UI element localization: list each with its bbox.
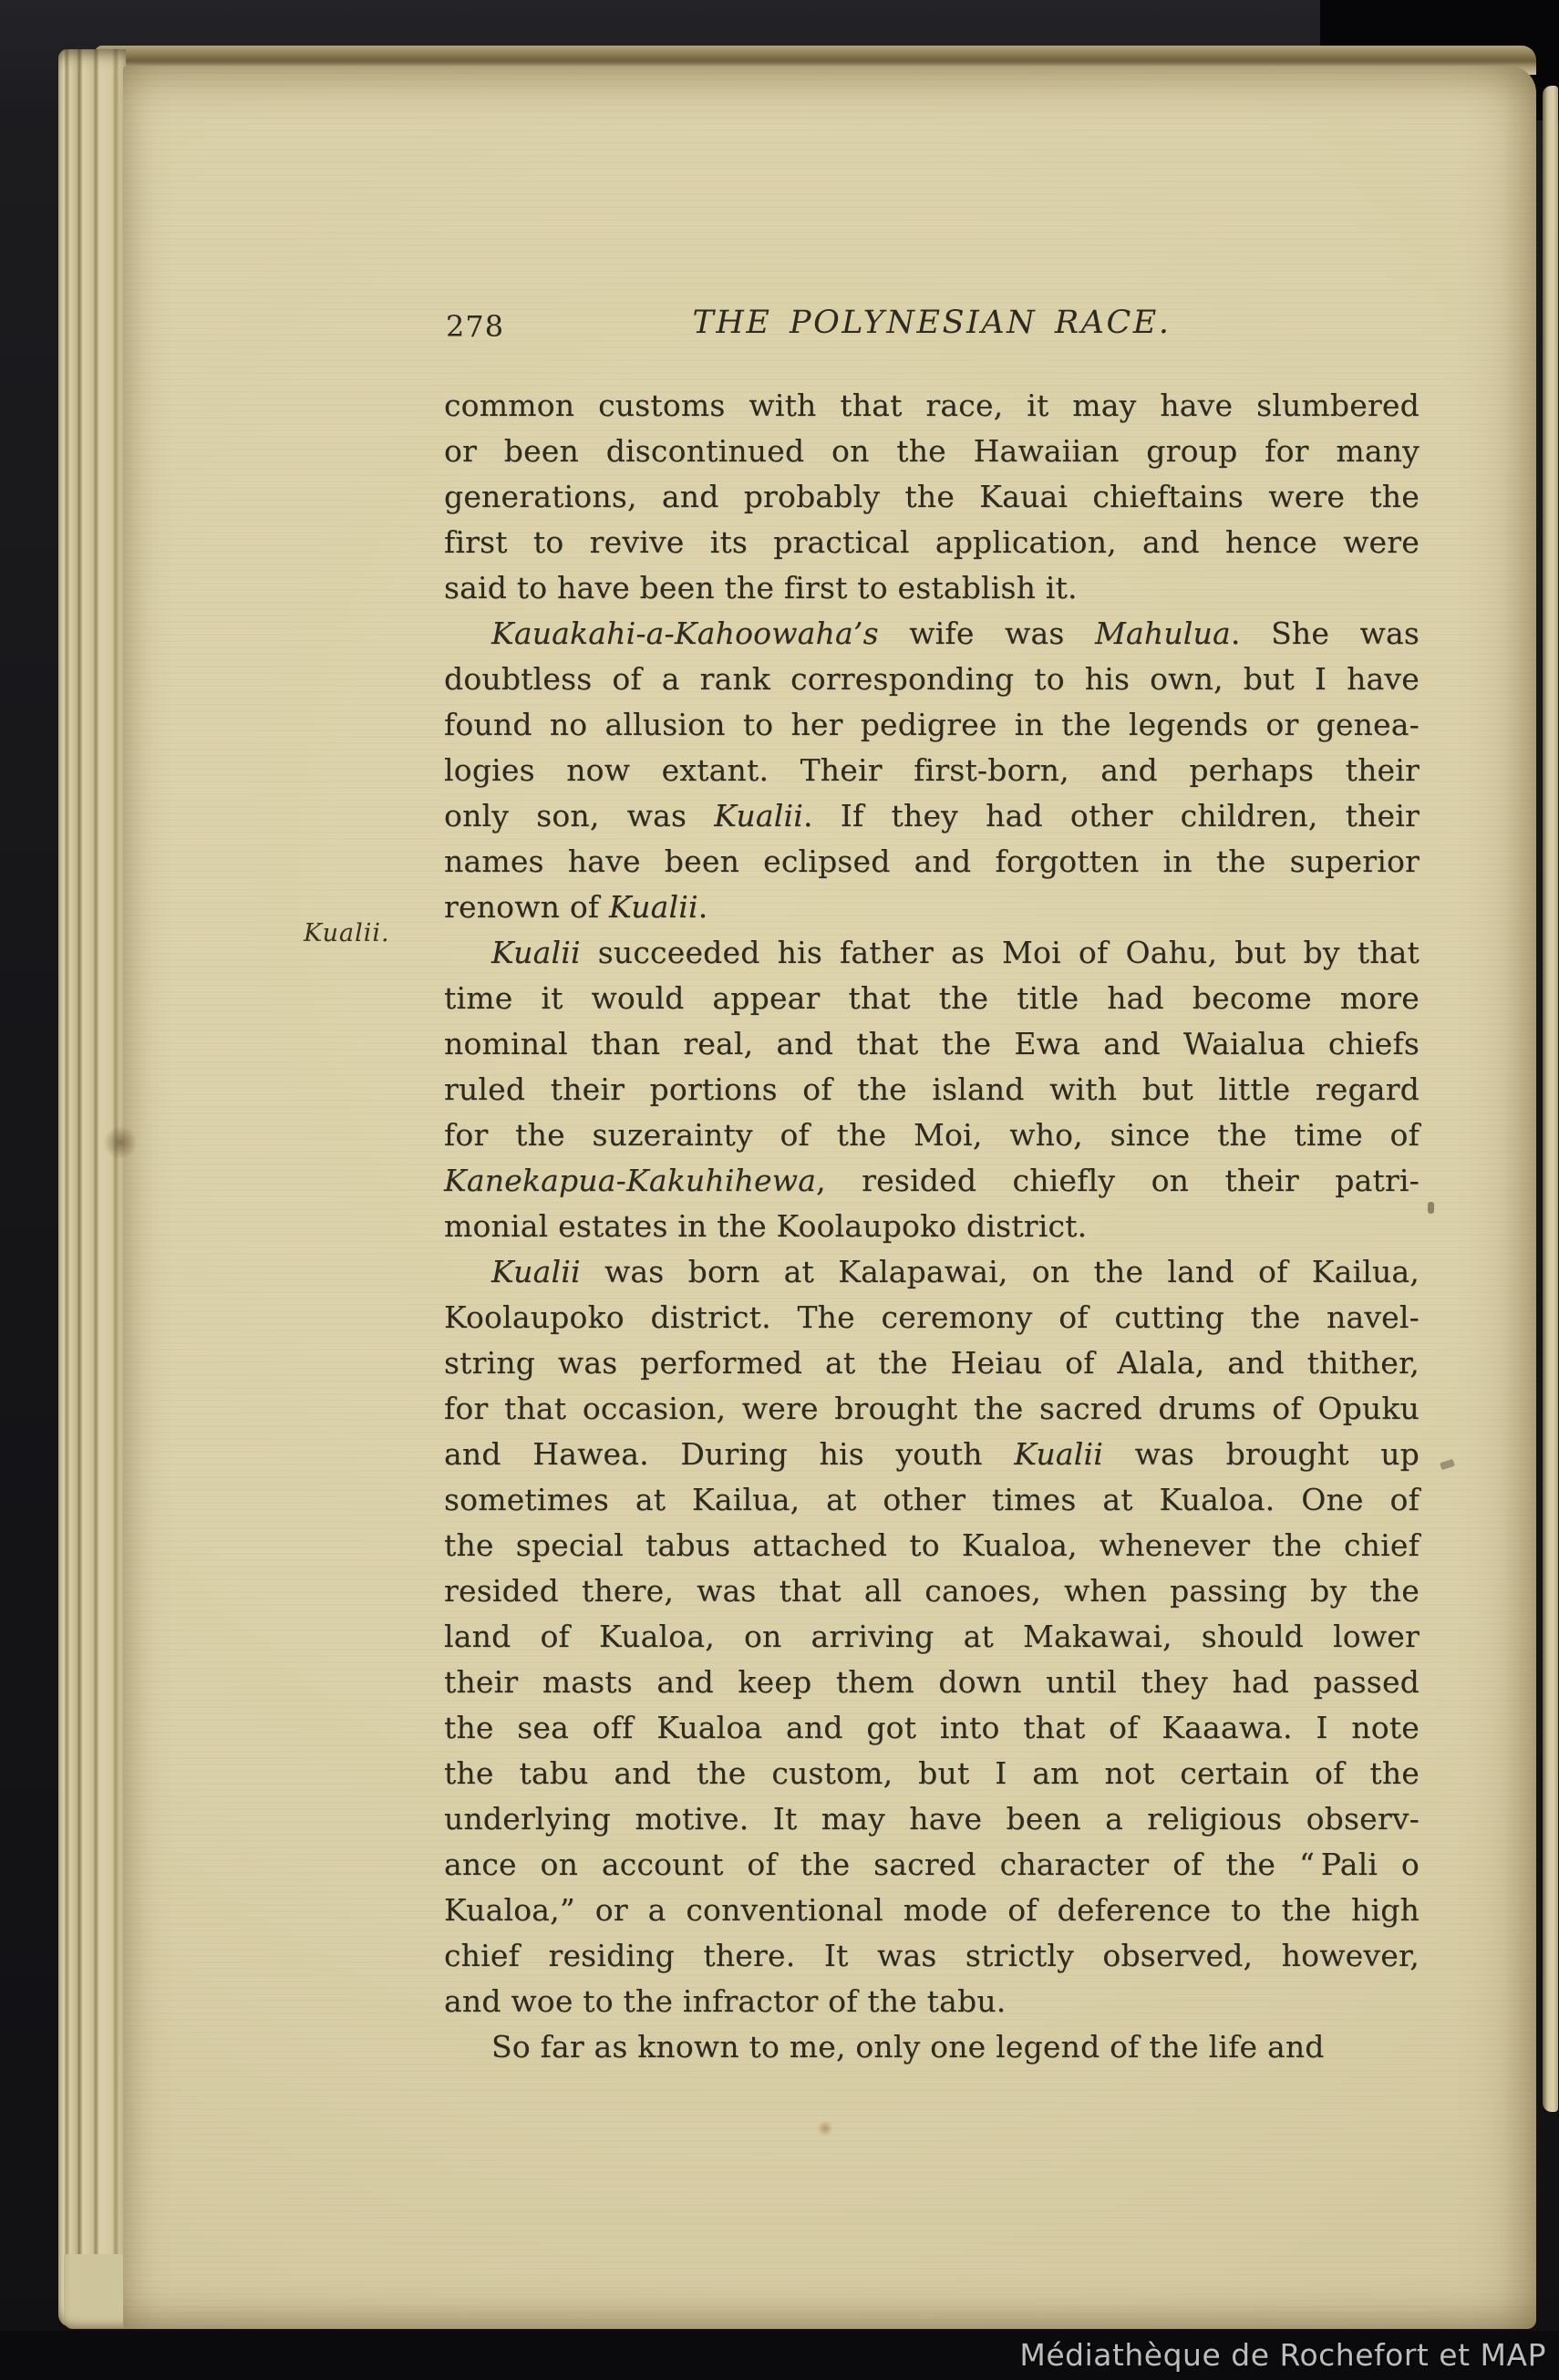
text-line: first to revive its practical applicatio… <box>444 520 1420 565</box>
text-segment: wife was <box>879 616 1095 651</box>
text-line: resided there, was that all canoes, when… <box>444 1568 1420 1614</box>
text-line: Kualii succeeded his father as Moi of Oa… <box>444 930 1420 976</box>
text-segment: the special tabus attached to Kualoa, wh… <box>444 1527 1420 1563</box>
text-line: time it would appear that the title had … <box>444 976 1420 1021</box>
text-line: for that occasion, were brought the sacr… <box>444 1386 1420 1432</box>
text-segment: time it would appear that the title had … <box>444 980 1420 1016</box>
text-segment: and woe to the infractor of the tabu. <box>444 1983 1006 2019</box>
next-page-edge <box>1543 86 1558 2112</box>
italic-text-segment: Kauakahi-a-Kahoowaha’s <box>491 616 879 651</box>
text-segment: nominal than real, and that the Ewa and … <box>444 1026 1420 1061</box>
text-line: ance on account of the sacred character … <box>444 1842 1420 1888</box>
text-line: and Hawea. During his youth Kualii was b… <box>444 1432 1420 1477</box>
text-line: generations, and probably the Kauai chie… <box>444 474 1420 520</box>
text-segment: was born at Kalapawai, on the land of Ka… <box>581 1254 1420 1289</box>
text-segment: ruled their portions of the island with … <box>444 1071 1420 1107</box>
text-line: the special tabus attached to Kualoa, wh… <box>444 1523 1420 1568</box>
paragraph: Kualii succeeded his father as Moi of Oa… <box>444 930 1420 1249</box>
text-segment: the sea off Kualoa and got into that of … <box>444 1710 1420 1745</box>
text-segment: underlying motive. It may have been a re… <box>444 1801 1420 1837</box>
text-segment: or been discontinued on the Hawaiian gro… <box>444 433 1420 469</box>
text-line: the tabu and the custom, but I am not ce… <box>444 1751 1420 1796</box>
text-segment: chief residing there. It was strictly ob… <box>444 1938 1420 1973</box>
text-segment: . <box>698 889 708 925</box>
page-header: 278 THE POLYNESIAN RACE. <box>444 305 1420 341</box>
text-segment: ance on account of the sacred character … <box>444 1847 1420 1882</box>
italic-text-segment: Kanekapua-Kakuhihewa <box>444 1163 816 1198</box>
text-line: logies now extant. Their first-born, and… <box>444 748 1420 793</box>
book-scan: 278 THE POLYNESIAN RACE. Kualii. common … <box>0 0 1559 2380</box>
text-line: and woe to the infractor of the tabu. <box>444 1979 1420 2024</box>
text-segment: land of Kualoa, on arriving at Makawai, … <box>444 1619 1420 1654</box>
text-line: the sea off Kualoa and got into that of … <box>444 1705 1420 1751</box>
paragraph: common customs with that race, it may ha… <box>444 383 1420 611</box>
text-segment: generations, and probably the Kauai chie… <box>444 479 1420 514</box>
paragraph: So far as known to me, only one legend o… <box>444 2024 1420 2070</box>
text-line: chief residing there. It was strictly ob… <box>444 1933 1420 1979</box>
ink-smudge <box>102 1127 139 1158</box>
text-segment: for that occasion, were brought the sacr… <box>444 1391 1420 1426</box>
paragraph: Kualii was born at Kalapawai, on the lan… <box>444 1249 1420 2024</box>
text-segment: the tabu and the custom, but I am not ce… <box>444 1755 1420 1791</box>
italic-text-segment: Kualii <box>491 1254 581 1289</box>
text-line: or been discontinued on the Hawaiian gro… <box>444 429 1420 474</box>
text-segment: names have been eclipsed and forgotten i… <box>444 843 1420 879</box>
text-line: for the suzerainty of the Moi, who, sinc… <box>444 1112 1420 1158</box>
stray-ink-dot <box>1428 1202 1434 1214</box>
text-line: said to have been the first to establish… <box>444 565 1420 611</box>
text-line: nominal than real, and that the Ewa and … <box>444 1021 1420 1067</box>
text-line: found no allusion to her pedigree in the… <box>444 702 1420 748</box>
text-line: So far as known to me, only one legend o… <box>444 2024 1420 2070</box>
text-line: only son, was Kualii. If they had other … <box>444 793 1420 839</box>
italic-text-segment: Kualii <box>714 798 803 833</box>
text-segment: monial estates in the Koolaupoko distric… <box>444 1208 1087 1244</box>
text-line: names have been eclipsed and forgotten i… <box>444 839 1420 885</box>
text-segment: string was performed at the Heiau of Ala… <box>444 1345 1420 1381</box>
text-segment: their masts and keep them down until the… <box>444 1664 1420 1700</box>
italic-text-segment: Mahulua <box>1095 616 1231 651</box>
text-segment: common customs with that race, it may ha… <box>444 388 1420 423</box>
text-line: sometimes at Kailua, at other times at K… <box>444 1477 1420 1523</box>
text-line: their masts and keep them down until the… <box>444 1660 1420 1705</box>
italic-text-segment: Kualii <box>1014 1436 1103 1472</box>
text-line: Koolaupoko district. The ceremony of cut… <box>444 1295 1420 1340</box>
text-line: land of Kualoa, on arriving at Makawai, … <box>444 1614 1420 1660</box>
running-title: THE POLYNESIAN RACE. <box>444 305 1420 341</box>
foxing-spot <box>817 2121 833 2136</box>
text-segment: succeeded his father as Moi of Oahu, but… <box>581 935 1420 970</box>
watermark: Médiathèque de Rochefort et MAP <box>0 2331 1559 2380</box>
footer-bar: Médiathèque de Rochefort et MAP <box>0 2331 1559 2380</box>
text-segment: logies now extant. Their first-born, and… <box>444 752 1420 788</box>
text-segment: renown of <box>444 889 609 925</box>
text-segment: . If they had other children, their <box>803 798 1420 833</box>
italic-text-segment: Kualii <box>609 889 698 925</box>
text-segment: doubtless of a rank corresponding to his… <box>444 661 1420 697</box>
text-segment: Kualoa,” or a conventional mode of defer… <box>444 1892 1420 1928</box>
text-line: underlying motive. It may have been a re… <box>444 1796 1420 1842</box>
text-line: common customs with that race, it may ha… <box>444 383 1420 429</box>
text-line: ruled their portions of the island with … <box>444 1067 1420 1112</box>
text-segment: sometimes at Kailua, at other times at K… <box>444 1482 1420 1517</box>
text-line: doubtless of a rank corresponding to his… <box>444 657 1420 702</box>
text-segment: was brought up <box>1103 1436 1420 1472</box>
page-number: 278 <box>446 309 504 344</box>
text-segment: first to revive its practical applicatio… <box>444 524 1420 560</box>
text-segment: for the suzerainty of the Moi, who, sinc… <box>444 1117 1420 1153</box>
text-segment: said to have been the first to establish… <box>444 570 1078 605</box>
margin-note: Kualii. <box>304 919 390 947</box>
text-block: common customs with that race, it may ha… <box>444 383 1420 2070</box>
book-page: 278 THE POLYNESIAN RACE. Kualii. common … <box>123 66 1536 2329</box>
text-line: Kualii was born at Kalapawai, on the lan… <box>444 1249 1420 1295</box>
text-segment: found no allusion to her pedigree in the… <box>444 707 1420 742</box>
paragraph: Kauakahi-a-Kahoowaha’s wife was Mahulua.… <box>444 611 1420 930</box>
text-line: renown of Kualii. <box>444 885 1420 930</box>
text-segment: . She was <box>1231 616 1420 651</box>
text-segment: and Hawea. During his youth <box>444 1436 1014 1472</box>
text-line: Kualoa,” or a conventional mode of defer… <box>444 1888 1420 1933</box>
text-line: Kanekapua-Kakuhihewa, resided chiefly on… <box>444 1158 1420 1204</box>
text-segment: , resided chiefly on their patri- <box>816 1163 1420 1198</box>
text-line: monial estates in the Koolaupoko distric… <box>444 1204 1420 1249</box>
text-segment: So far as known to me, only one legend o… <box>491 2029 1325 2064</box>
italic-text-segment: Kualii <box>491 935 581 970</box>
text-segment: only son, was <box>444 798 714 833</box>
page-stack-left-edges <box>58 49 126 2327</box>
text-segment: Koolaupoko district. The ceremony of cut… <box>444 1299 1420 1335</box>
text-line: Kauakahi-a-Kahoowaha’s wife was Mahulua.… <box>444 611 1420 657</box>
text-segment: resided there, was that all canoes, when… <box>444 1573 1420 1609</box>
text-line: string was performed at the Heiau of Ala… <box>444 1340 1420 1386</box>
